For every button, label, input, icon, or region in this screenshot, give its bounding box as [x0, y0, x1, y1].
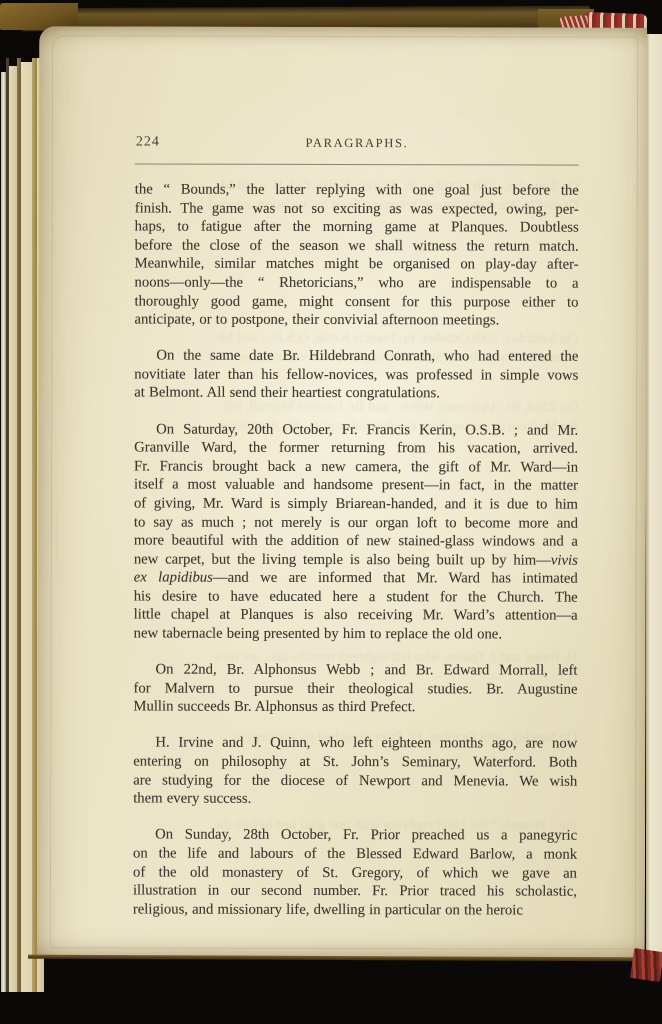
text-line: Meanwhile, similar matches might be orga…: [135, 255, 579, 275]
text-line: before the close of the season we shall …: [135, 236, 579, 256]
text-line: anticipate, or to postpone, their conviv…: [134, 311, 578, 331]
text-line: On Saturday, 20th October, Fr. Francis K…: [134, 420, 578, 440]
text-line: little chapel at Planques is also receiv…: [134, 606, 578, 626]
text-line: finish. The game was not so exciting as …: [135, 199, 579, 219]
text-line: more beautiful with the addition of new …: [134, 532, 578, 552]
text-line: of the old monastery of St. Gregory, of …: [133, 863, 577, 883]
text-block: the “ Bounds,” the latter replying with …: [133, 180, 579, 919]
underlying-page-edge: [646, 34, 662, 956]
running-head: PARAGRAPHS.: [135, 135, 579, 151]
scanned-book-photo: On Saturday, 20th October, Fr. Francis K…: [0, 0, 662, 1024]
text-line: thoroughly good game, might consent for …: [134, 292, 578, 312]
paragraph: On Saturday, 20th October, Fr. Francis K…: [134, 420, 579, 644]
header-rule: [135, 163, 579, 165]
book-page: On Saturday, 20th October, Fr. Francis K…: [37, 26, 647, 960]
text-line: On Sunday, 28th October, Fr. Prior preac…: [133, 826, 577, 846]
paragraph: On 22nd, Br. Alphonsus Webb ; and Br. Ed…: [133, 661, 577, 718]
page-content: 224 PARAGRAPHS. the “ Bounds,” the latte…: [133, 132, 579, 919]
text-line: novitiate later than his fellow-novices,…: [134, 365, 578, 385]
page-edge-stripe: [21, 62, 32, 992]
text-line: on the life and labours of the Blessed E…: [133, 844, 577, 864]
text-line: new carpet, but the living temple is als…: [134, 550, 578, 570]
text-line: Mullin succeeds Br. Alphonsus as third P…: [133, 698, 577, 718]
text-line: Fr. Francis brought back a new camera, t…: [134, 457, 578, 477]
text-line: itself a most valuable and handsome pres…: [134, 476, 578, 496]
paragraph: On the same date Br. Hildebrand Conrath,…: [134, 347, 578, 404]
paragraph: the “ Bounds,” the latter replying with …: [134, 180, 578, 330]
text-line: ex lapidibus—and we are informed that Mr…: [134, 569, 578, 589]
text-line: new tabernacle being presented by him to…: [134, 625, 578, 645]
text-line: for Malvern to pursue their theological …: [133, 679, 577, 699]
bottom-right-binding-fragment: [630, 948, 662, 982]
text-line: H. Irvine and J. Quinn, who left eightee…: [133, 734, 577, 754]
text-line: entering on philosophy at St. John’s Sem…: [133, 752, 577, 772]
text-line: of giving, Mr. Ward is simply Briarean-h…: [134, 494, 578, 514]
page-header: 224 PARAGRAPHS.: [135, 132, 579, 153]
text-line: them every success.: [133, 790, 577, 810]
text-line: religious, and missionary life, dwelling…: [133, 900, 577, 920]
text-line: noons—only—the “ Rhetoricians,” who are …: [135, 273, 579, 293]
text-line: his desire to have educated here a stude…: [134, 587, 578, 607]
text-line: to say as much ; not merely is our organ…: [134, 513, 578, 533]
text-line: illustration in our second number. Fr. P…: [133, 882, 577, 902]
page-edge-stripe: [9, 66, 17, 992]
text-line: are studying for the diocese of Newport …: [133, 771, 577, 791]
text-line: at Belmont. All send their heartiest con…: [134, 384, 578, 404]
text-line: On 22nd, Br. Alphonsus Webb ; and Br. Ed…: [134, 661, 578, 681]
paragraph: H. Irvine and J. Quinn, who left eightee…: [133, 734, 577, 810]
text-line: the “ Bounds,” the latter replying with …: [135, 180, 579, 200]
text-line: haps, to fatigue after the morning game …: [135, 218, 579, 238]
text-line: On the same date Br. Hildebrand Conrath,…: [134, 347, 578, 367]
paragraph: On Sunday, 28th October, Fr. Prior preac…: [133, 826, 577, 920]
text-line: Granville Ward, the former returning fro…: [134, 439, 578, 459]
